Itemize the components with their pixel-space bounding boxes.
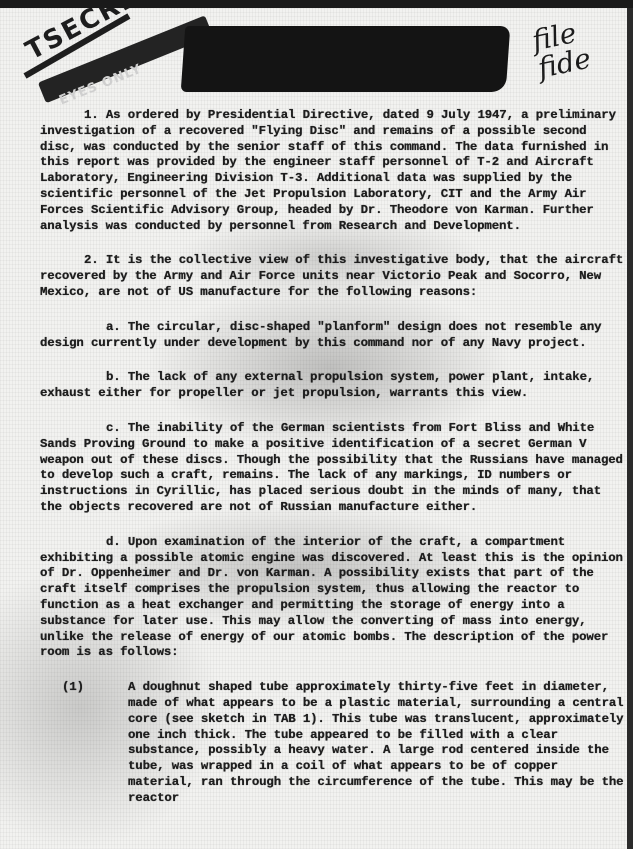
item-marker: (1) bbox=[62, 680, 84, 696]
scanned-document-page: TSECRET EYES ONLY file fide 1. As ordere… bbox=[0, 8, 627, 849]
reason-d: d. Upon examination of the interior of t… bbox=[40, 535, 627, 661]
reason-a: a. The circular, disc-shaped "planform" … bbox=[40, 320, 627, 352]
reason-letter: d. bbox=[106, 535, 121, 549]
paragraph-text: It is the collective view of this invest… bbox=[40, 253, 627, 299]
reason-c: c. The inability of the German scientist… bbox=[40, 421, 627, 516]
paragraph-number: 1. bbox=[84, 108, 99, 122]
paragraph-text: As ordered by Presidential Directive, da… bbox=[40, 108, 623, 233]
scan-edge bbox=[627, 8, 633, 849]
paragraph-2: 2. It is the collective view of this inv… bbox=[40, 253, 627, 300]
reason-b: b. The lack of any external propulsion s… bbox=[40, 370, 627, 402]
reason-text: Upon examination of the interior of the … bbox=[40, 535, 627, 660]
reason-letter: a. bbox=[106, 320, 121, 334]
handwritten-line-2: fide bbox=[536, 44, 594, 82]
reason-letter: b. bbox=[106, 370, 121, 384]
reason-letter: c. bbox=[106, 421, 121, 435]
handwritten-annotation: file fide bbox=[530, 17, 594, 83]
redaction-block bbox=[181, 26, 511, 92]
document-body: 1. As ordered by Presidential Directive,… bbox=[40, 108, 627, 806]
item-text: A doughnut shaped tube approximately thi… bbox=[128, 680, 627, 805]
paragraph-number: 2. bbox=[84, 253, 99, 267]
power-room-list: (1)A doughnut shaped tube approximately … bbox=[128, 680, 627, 806]
reason-text: The lack of any external propulsion syst… bbox=[40, 370, 601, 400]
reason-text: The inability of the German scientists f… bbox=[40, 421, 627, 514]
paragraph-1: 1. As ordered by Presidential Directive,… bbox=[40, 108, 627, 234]
power-room-item-1: (1)A doughnut shaped tube approximately … bbox=[128, 680, 627, 806]
reason-text: The circular, disc-shaped "planform" des… bbox=[40, 320, 609, 350]
